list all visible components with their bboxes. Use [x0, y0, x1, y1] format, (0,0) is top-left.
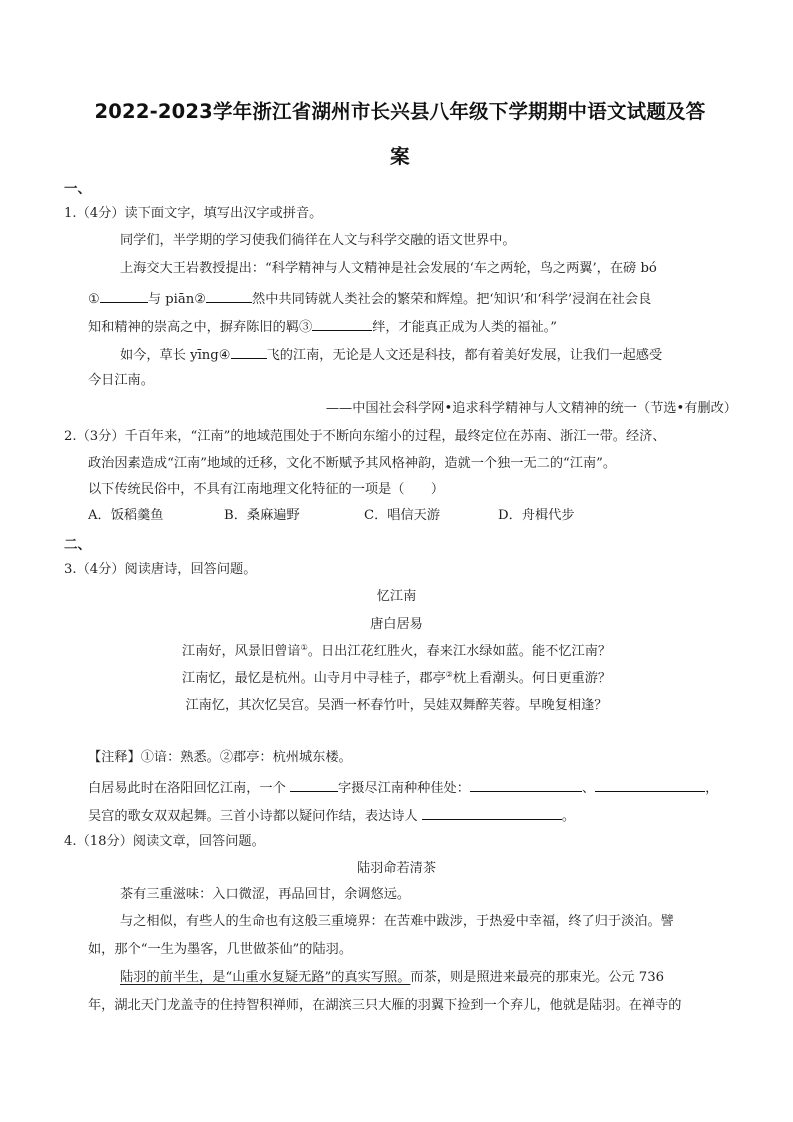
- q1-paragraph-2-line-3: 知和精神的崇高之中，摒弃陈旧的羁③绊，才能真正成为人类的福祉。”: [88, 316, 557, 337]
- answer-blank-3[interactable]: [312, 316, 372, 331]
- q1-paragraph-2-line-1: 上海交大王岩教授提出：“科学精神与人文精神是社会发展的‘车之两轮，鸟之两翼’，在…: [120, 260, 657, 278]
- q2-question: 以下传统民俗中，不具有江南地理文化特征的一项是（ ）: [88, 481, 444, 499]
- q1-text-segment: 知和精神的崇高之中，摒弃陈旧的羁③: [88, 320, 312, 335]
- poem-text: 枕上看潮头。何日更重游？: [453, 671, 611, 686]
- poem-notes: 【注释】①谙：熟悉。②郡亭：杭州城东楼。: [88, 749, 352, 767]
- q2-stem-line-1: 2.（3分）千百年来，“江南”的地域范围处于不断向东缩小的过程，最终定位在苏南、…: [64, 428, 666, 446]
- footnote-marker-2: ②: [446, 670, 453, 679]
- q3-text-segment: 字摄尽江南种种佳处：: [338, 781, 470, 796]
- article-paragraph-3-line-2: 年，湖北天门龙盖寺的住持智积禅师，在湖滨三只大雁的羽翼下捡到一个弃儿，他就是陆羽…: [88, 997, 681, 1015]
- poem-text: 江南忆，最忆是杭州。山寺月中寻桂子，郡亭: [182, 671, 446, 686]
- article-paragraph-2-line-1: 与之相似，有些人的生命也有这般三重境界：在苦难中跋涉，于热爱中幸福，终了归于淡泊…: [120, 913, 674, 931]
- answer-blank-q3-1[interactable]: [290, 777, 338, 792]
- underlined-sentence: 陆羽的前半生，是“山重水复疑无路”的真实写照。: [120, 970, 410, 985]
- article-paragraph-1: 茶有三重滋味：入口微涩，再品回甘，余调悠远。: [120, 886, 410, 904]
- section-heading-one: 一、: [64, 180, 91, 198]
- q2-option-c[interactable]: C．唱信天游: [364, 507, 440, 525]
- q1-source-citation: ——中国社会科学网•追求科学精神与人文精神的统一（节选•有删改）: [326, 400, 737, 418]
- q1-paragraph-1: 同学们，半学期的学习使我们徜徉在人文与科学交融的语文世界中。: [120, 232, 516, 250]
- q3-text-segment: 吴宫的歌女双双起舞。三首小诗都以疑问作结，表达诗人: [88, 809, 422, 824]
- q3-header: 3.（4分）阅读唐诗，回答问题。: [64, 561, 256, 579]
- q1-paragraph-2-line-2: ①与 piān②然中共同铸就人类社会的繁荣和辉煌。把‘知识’和‘科学’浸润在社会…: [88, 288, 651, 309]
- q2-stem-line-2: 政治因素造成“江南”地域的迁移，文化不断赋予其风格神韵，造就一个独一无二的“江南…: [88, 455, 616, 473]
- footnote-marker-1: ①: [301, 643, 308, 652]
- q3-text-segment: 、: [582, 781, 595, 796]
- q4-header: 4.（18分）阅读文章，回答问题。: [64, 833, 265, 851]
- q1-text-segment: 绊，才能真正成为人类的福祉。”: [372, 320, 557, 335]
- poem-stanza-3: 江南忆，其次忆吴宫。吴酒一杯春竹叶，吴娃双舞醉芙蓉。早晚复相逢？: [0, 697, 793, 715]
- answer-blank-q3-3[interactable]: [595, 777, 705, 792]
- q2-option-a[interactable]: A．饭稻羹鱼: [88, 507, 163, 525]
- exam-page: 2022-2023学年浙江省湖州市长兴县八年级下学期期中语文试题及答 案 一、 …: [0, 0, 793, 1122]
- answer-blank-q3-4[interactable]: [422, 805, 562, 820]
- blank-marker-1: ①: [88, 292, 100, 307]
- q1-text-segment: 如今，草长 yīng④: [120, 348, 231, 363]
- article-text: 而茶，则是照进来最亮的那束光。公元 736: [410, 970, 664, 985]
- q1-text-segment: 然中共同铸就人类社会的繁荣和辉煌。把‘知识’和‘科学’浸润在社会良: [252, 292, 651, 307]
- q3-text-segment: 。: [562, 809, 575, 824]
- answer-blank-q3-2[interactable]: [470, 777, 582, 792]
- answer-blank-2[interactable]: [206, 288, 252, 303]
- answer-blank-1[interactable]: [100, 288, 148, 303]
- poem-text: 江南好，风景旧曾谙: [182, 644, 301, 659]
- article-paragraph-3-line-1: 陆羽的前半生，是“山重水复疑无路”的真实写照。而茶，则是照进来最亮的那束光。公元…: [120, 969, 664, 987]
- article-title: 陆羽命若清茶: [0, 860, 793, 878]
- q3-text-segment: ，: [705, 781, 718, 796]
- q1-header: 1.（4分）读下面文字，填写出汉字或拼音。: [64, 205, 322, 223]
- article-paragraph-2-line-2: 如，那个“一生为墨客，几世做茶仙”的陆羽。: [88, 941, 352, 959]
- q1-text-segment: 与 piān②: [148, 292, 206, 307]
- q1-paragraph-3-line-1: 如今，草长 yīng④飞的江南，无论是人文还是科技，都有着美好发展，让我们一起感…: [120, 344, 662, 365]
- q3-question-line-1: 白居易此时在洛阳回忆江南，一个 字摄尽江南种种佳处：、，: [88, 777, 718, 798]
- q3-text-segment: 白居易此时在洛阳回忆江南，一个: [88, 781, 290, 796]
- q3-question-line-2: 吴宫的歌女双双起舞。三首小诗都以疑问作结，表达诗人 。: [88, 805, 575, 826]
- q1-paragraph-3-line-2: 今日江南。: [88, 372, 154, 390]
- document-title-line1: 2022-2023学年浙江省湖州市长兴县八年级下学期期中语文试题及答: [70, 96, 730, 124]
- poem-author: 唐白居易: [0, 616, 793, 634]
- section-heading-two: 二、: [64, 536, 91, 554]
- q1-text-segment: 飞的江南，无论是人文还是科技，都有着美好发展，让我们一起感受: [267, 348, 663, 363]
- poem-text: 。日出江花红胜火，春来江水绿如蓝。能不忆江南？: [308, 644, 611, 659]
- poem-stanza-2: 江南忆，最忆是杭州。山寺月中寻桂子，郡亭②枕上看潮头。何日更重游？: [0, 670, 793, 688]
- poem-title: 忆江南: [0, 588, 793, 606]
- q2-option-d[interactable]: D．舟楫代步: [498, 507, 575, 525]
- answer-blank-4[interactable]: [231, 344, 267, 359]
- poem-stanza-1: 江南好，风景旧曾谙①。日出江花红胜火，春来江水绿如蓝。能不忆江南？: [0, 643, 793, 661]
- document-title-line2: 案: [70, 141, 730, 169]
- q2-option-b[interactable]: B．桑麻遍野: [224, 507, 300, 525]
